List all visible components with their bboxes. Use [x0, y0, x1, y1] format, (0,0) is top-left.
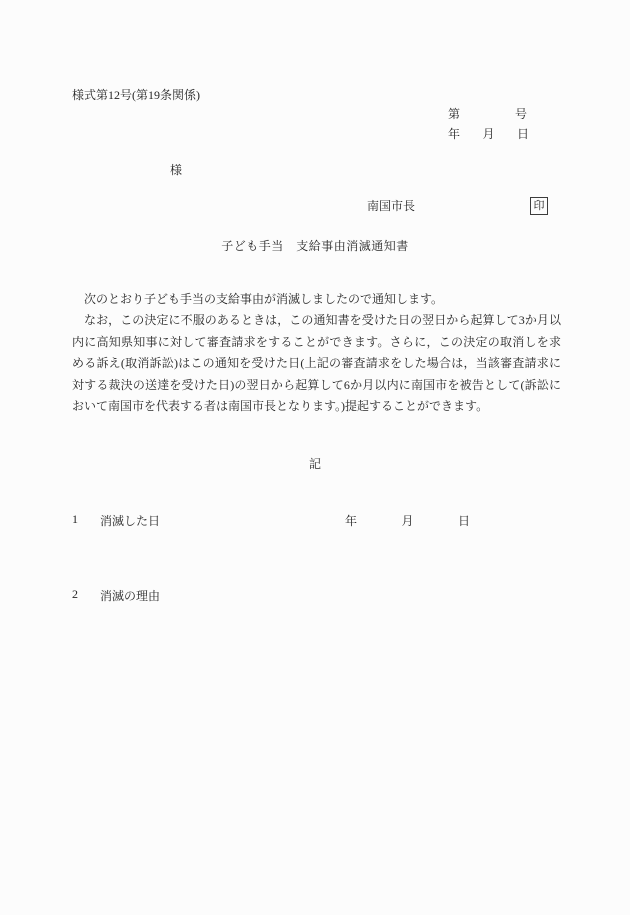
issue-month-label: 月	[482, 125, 494, 142]
issue-date-row: 年 月 日	[448, 125, 529, 142]
item-2-label: 消滅の理由	[100, 587, 160, 604]
lapse-year-field[interactable]	[240, 509, 343, 530]
issue-day-label: 日	[517, 125, 529, 142]
item-lapse-reason: 2 消滅の理由	[72, 587, 160, 604]
lapse-day-label: 日	[458, 512, 470, 529]
seal-mark: 印	[530, 197, 548, 215]
sender-name: 南国市長	[367, 197, 415, 214]
item-1-label: 消滅した日	[100, 512, 160, 529]
lapse-month-field[interactable]	[359, 509, 400, 530]
lapse-year-label: 年	[345, 512, 357, 529]
doc-number-suffix: 号	[515, 105, 527, 122]
addressee-row: 様	[170, 161, 182, 178]
form-number: 様式第12号(第19条関係)	[72, 86, 200, 103]
doc-number-prefix: 第	[448, 105, 460, 122]
item-lapse-date: 1 消滅した日	[72, 512, 160, 529]
issue-day-field[interactable]	[498, 122, 515, 141]
item-2-number: 2	[72, 587, 100, 604]
item-1-number: 1	[72, 512, 100, 529]
document-page: 様式第12号(第19条関係) 第 号 年 月 日 様 南国市長 印 子ども手当 …	[0, 0, 630, 915]
lapse-day-field[interactable]	[416, 509, 456, 530]
lapse-reason-field[interactable]	[72, 612, 561, 722]
body-paragraph-2: なお，この決定に不服のあるときは，この通知書を受けた日の翌日から起算して3か月以…	[72, 310, 561, 417]
doc-number-field[interactable]	[464, 102, 513, 121]
issue-year-label: 年	[448, 125, 460, 142]
addressee-name-field[interactable]	[72, 155, 166, 180]
issue-year-field[interactable]	[394, 122, 446, 141]
record-marker: 記	[0, 455, 630, 472]
document-title: 子ども手当 支給事由消滅通知書	[0, 237, 630, 254]
issue-month-field[interactable]	[462, 122, 483, 141]
addressee-suffix: 様	[170, 163, 182, 177]
body-paragraph-1: 次のとおり子ども手当の支給事由が消滅しましたので通知します。	[72, 289, 561, 310]
lapse-month-label: 月	[401, 512, 413, 529]
body-text: 次のとおり子ども手当の支給事由が消滅しましたので通知します。 なお，この決定に不…	[72, 289, 561, 417]
